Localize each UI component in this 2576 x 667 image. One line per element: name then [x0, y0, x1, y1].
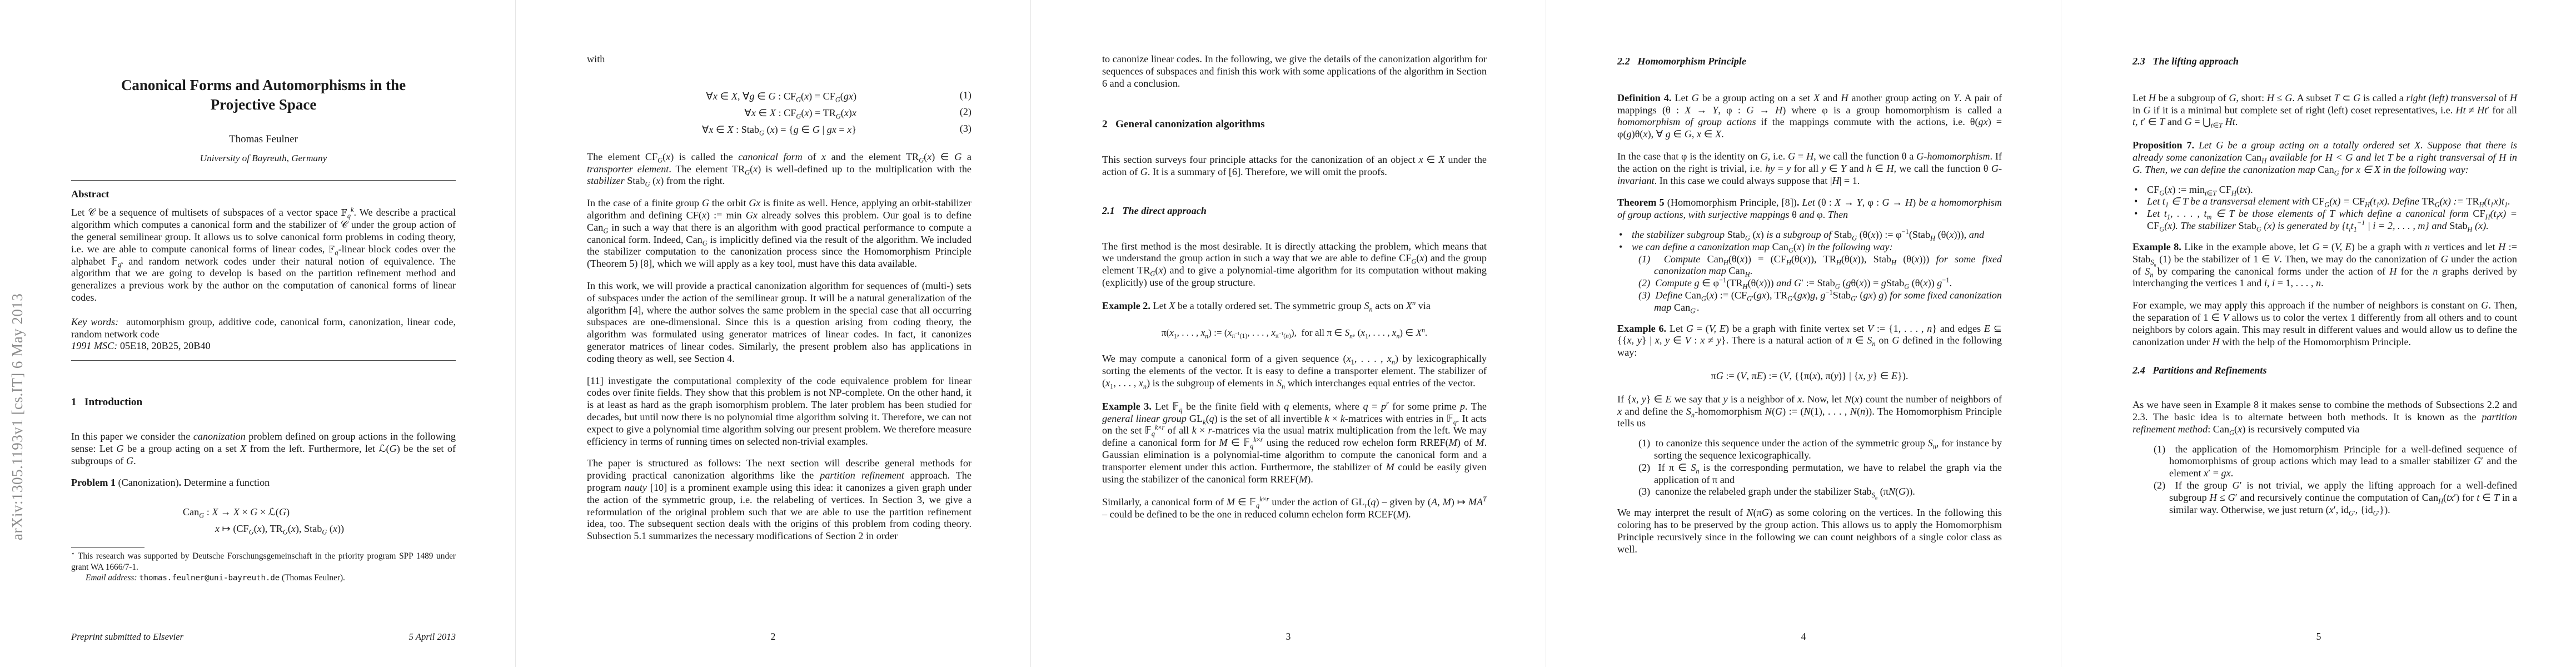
keywords: Key words: automorphism group, additive … [71, 316, 456, 341]
subsection-2-4-heading: 2.4 Partitions and Refinements [2132, 365, 2517, 377]
abstract-heading: Abstract [71, 188, 456, 201]
equation-3-number: (3) [960, 123, 971, 135]
page-3-content: to canonize linear codes. In the followi… [1102, 0, 1487, 521]
p2-paragraph-3: In this work, we will provide a practica… [587, 280, 971, 365]
homomorphism-steps: (1) to canonize this sequence under the … [1626, 437, 2002, 498]
theorem-5-statement: Theorem 5 (Homomorphism Principle, [8]).… [1617, 197, 2002, 221]
coloring-paragraph: We may interpret the result of N(πG) as … [1617, 507, 2002, 555]
transversal-paragraph: Let H be a subgroup of G, short: H ≤ G. … [2132, 92, 2517, 128]
paper-title: Canonical Forms and Automorphisms in the… [71, 76, 456, 115]
page-2-content: with ∀x ∈ X, ∀g ∈ G : CFG(x) = CFG(gx) ∀… [587, 0, 971, 542]
equation-2: ∀x ∈ X : CFG(x) = TRG(x)x [702, 104, 856, 121]
similarly-paragraph: Similarly, a canonical form of M ∈ 𝔽qk×r… [1102, 496, 1487, 521]
theorem-5-bullet-1: the stabilizer subgroup StabG (x) is a s… [1617, 229, 2002, 241]
refinement-step-1: (1) the application of the Homomorphism … [2141, 444, 2517, 480]
divider-bottom [71, 360, 456, 361]
affiliation: University of Bayreuth, Germany [71, 152, 456, 165]
page-2: with ∀x ∈ X, ∀g ∈ G : CFG(x) = CFG(gx) ∀… [515, 0, 1030, 667]
homomorphism-step-3: (3) canonize the relabeled graph under t… [1626, 486, 2002, 498]
problem-1-statement: Problem 1 (Canonization). Determine a fu… [71, 477, 456, 489]
divider-top [71, 180, 456, 181]
footnote-funding: ⋆ This research was supported by Deutsch… [71, 551, 456, 573]
theorem-5-bullets: the stabilizer subgroup StabG (x) is a s… [1617, 229, 2002, 253]
theorem-5-step-3: (3) Define CanG(x) := (CFG′(gx), TRG′(gx… [1626, 290, 2002, 314]
section-2-intro: This section surveys four principle atta… [1102, 154, 1487, 178]
page-2-number: 2 [516, 631, 1030, 643]
page-1: arXiv:1305.1193v1 [cs.IT] 6 May 2013 Can… [0, 0, 515, 667]
equations-1-3: ∀x ∈ X, ∀g ∈ G : CFG(x) = CFG(gx) ∀x ∈ X… [587, 88, 971, 138]
example-8: Example 8. Like in the example above, le… [2132, 241, 2517, 290]
canonization-map-equation: CanG : X → X × G × ℒ(G) x ↦ (CFG(x), TRG… [71, 504, 456, 537]
page-3: to canonize linear codes. In the followi… [1030, 0, 1546, 667]
footer-date: 5 April 2013 [408, 631, 456, 643]
example-6: Example 6. Let G = (V, E) be a graph wit… [1617, 323, 2002, 359]
theorem-5-bullet-2: we can define a canonization map CanG(x)… [1617, 241, 2002, 253]
page-4: 2.2 Homomorphism Principle Definition 4.… [1546, 0, 2061, 667]
footnote-rule [71, 547, 145, 547]
page-5-number: 5 [2061, 631, 2576, 643]
equation-1: ∀x ∈ X, ∀g ∈ G : CFG(x) = CFG(gx) [702, 88, 856, 104]
subsection-2-3-heading: 2.3 The lifting approach [2132, 56, 2517, 68]
theorem-5-step-1: (1) Compute CanH(θ(x)) = (CFH(θ(x)), TRH… [1626, 253, 2002, 278]
paper-spread: arXiv:1305.1193v1 [cs.IT] 6 May 2013 Can… [0, 0, 2576, 667]
page-4-number: 4 [1546, 631, 2061, 643]
proposition-7-bullets: CFG(x) := mint∈T CFH(tx). Let t1 ∈ T be … [2132, 184, 2517, 232]
page-1-footer: Preprint submitted to Elsevier 5 April 2… [71, 631, 456, 643]
permutation-action-equation: π(x1, . . . , xn) := (xπ−1(1), . . . , x… [1102, 327, 1487, 339]
sorting-paragraph: We may compute a canonical form of a giv… [1102, 353, 1487, 389]
equation-3: ∀x ∈ X : StabG (x) = {g ∈ G | gx = x} [702, 121, 856, 138]
equation-1-number: (1) [960, 89, 971, 102]
example-3: Example 3. Let 𝔽q be the finite field wi… [1102, 401, 1487, 486]
author-name: Thomas Feulner [71, 133, 456, 146]
neighbor-paragraph: If {x, y} ∈ E we say that y is a neighbo… [1617, 394, 2002, 430]
abstract-text: Let 𝒞 be a sequence of multisets of subs… [71, 207, 456, 303]
p3-continuation-paragraph: to canonize linear codes. In the followi… [1102, 53, 1487, 89]
msc-line: 1991 MSC: 05E18, 20B25, 20B40 [71, 340, 456, 352]
definition-4: Definition 4. Let G be a group acting on… [1617, 92, 2002, 141]
email-address: Email address: thomas.feulner@uni-bayreu… [71, 573, 456, 584]
proposition-7-bullet-2: Let t1 ∈ T be a transversal element with… [2132, 196, 2517, 208]
page-3-number: 3 [1031, 631, 1546, 643]
page-5: 2.3 The lifting approach Let H be a subg… [2061, 0, 2576, 667]
refinement-step-2: (2) If the group G′ is not trivial, we a… [2141, 480, 2517, 516]
section-2-heading: 2 General canonization algorithms [1102, 118, 1487, 131]
theorem-5-step-2: (2) Compute g ∈ φ−1(TRH(θ(x))) and G′ :=… [1626, 277, 2002, 290]
proposition-7: Proposition 7. Let G be a group acting o… [2132, 140, 2517, 176]
theorem-5-steps: (1) Compute CanH(θ(x)) = (CFH(θ(x)), TRH… [1626, 253, 2002, 314]
homomorphism-step-1: (1) to canonize this sequence under the … [1626, 437, 2002, 462]
equation-line-2: x ↦ (CFG(x), TRG(x), StabG (x)) [183, 520, 344, 537]
example-2: Example 2. Let X be a totally ordered se… [1102, 300, 1487, 312]
p2-paragraph-5: The paper is structured as follows: The … [587, 457, 971, 542]
p2-paragraph-1: The element CFG(x) is called the canonic… [587, 151, 971, 187]
page-5-content: 2.3 The lifting approach Let H be a subg… [2132, 0, 2517, 516]
equation-2-number: (2) [960, 106, 971, 118]
refinement-steps: (1) the application of the Homomorphism … [2141, 444, 2517, 516]
partition-refinement-paragraph: As we have seen in Example 8 it makes se… [2132, 399, 2517, 435]
page-1-content: Canonical Forms and Automorphisms in the… [71, 0, 456, 584]
arxiv-stamp: arXiv:1305.1193v1 [cs.IT] 6 May 2013 [9, 251, 26, 540]
page-4-content: 2.2 Homomorphism Principle Definition 4.… [1617, 0, 2002, 556]
subsection-2-2-heading: 2.2 Homomorphism Principle [1617, 56, 2002, 68]
identity-case-paragraph: In the case that φ is the identity on G,… [1617, 151, 2002, 187]
p2-paragraph-2: In the case of a finite group G the orbi… [587, 197, 971, 270]
subsection-2-1-heading: 2.1 The direct approach [1102, 205, 1487, 217]
equation-line-1: CanG : X → X × G × ℒ(G) [183, 504, 344, 520]
footer-preprint-note: Preprint submitted to Elsevier [71, 631, 183, 643]
with-word: with [587, 53, 971, 66]
p2-paragraph-4: [11] investigate the computational compl… [587, 375, 971, 448]
section-1-heading: 1 Introduction [71, 396, 456, 409]
graph-action-equation: πG := (V, πE) := (V, {{π(x), π(y)} | {x,… [1617, 370, 2002, 382]
intro-paragraph: In this paper we consider the canonizati… [71, 431, 456, 467]
proposition-7-bullet-1: CFG(x) := mint∈T CFH(tx). [2132, 184, 2517, 196]
proposition-7-bullet-3: Let t1, . . . , tm ∈ T be those elements… [2132, 208, 2517, 232]
homomorphism-step-2: (2) If π ∈ Sn is the corresponding permu… [1626, 462, 2002, 486]
direct-approach-paragraph: The first method is the most desirable. … [1102, 241, 1487, 289]
for-example-paragraph: For example, we may apply this approach … [2132, 300, 2517, 348]
